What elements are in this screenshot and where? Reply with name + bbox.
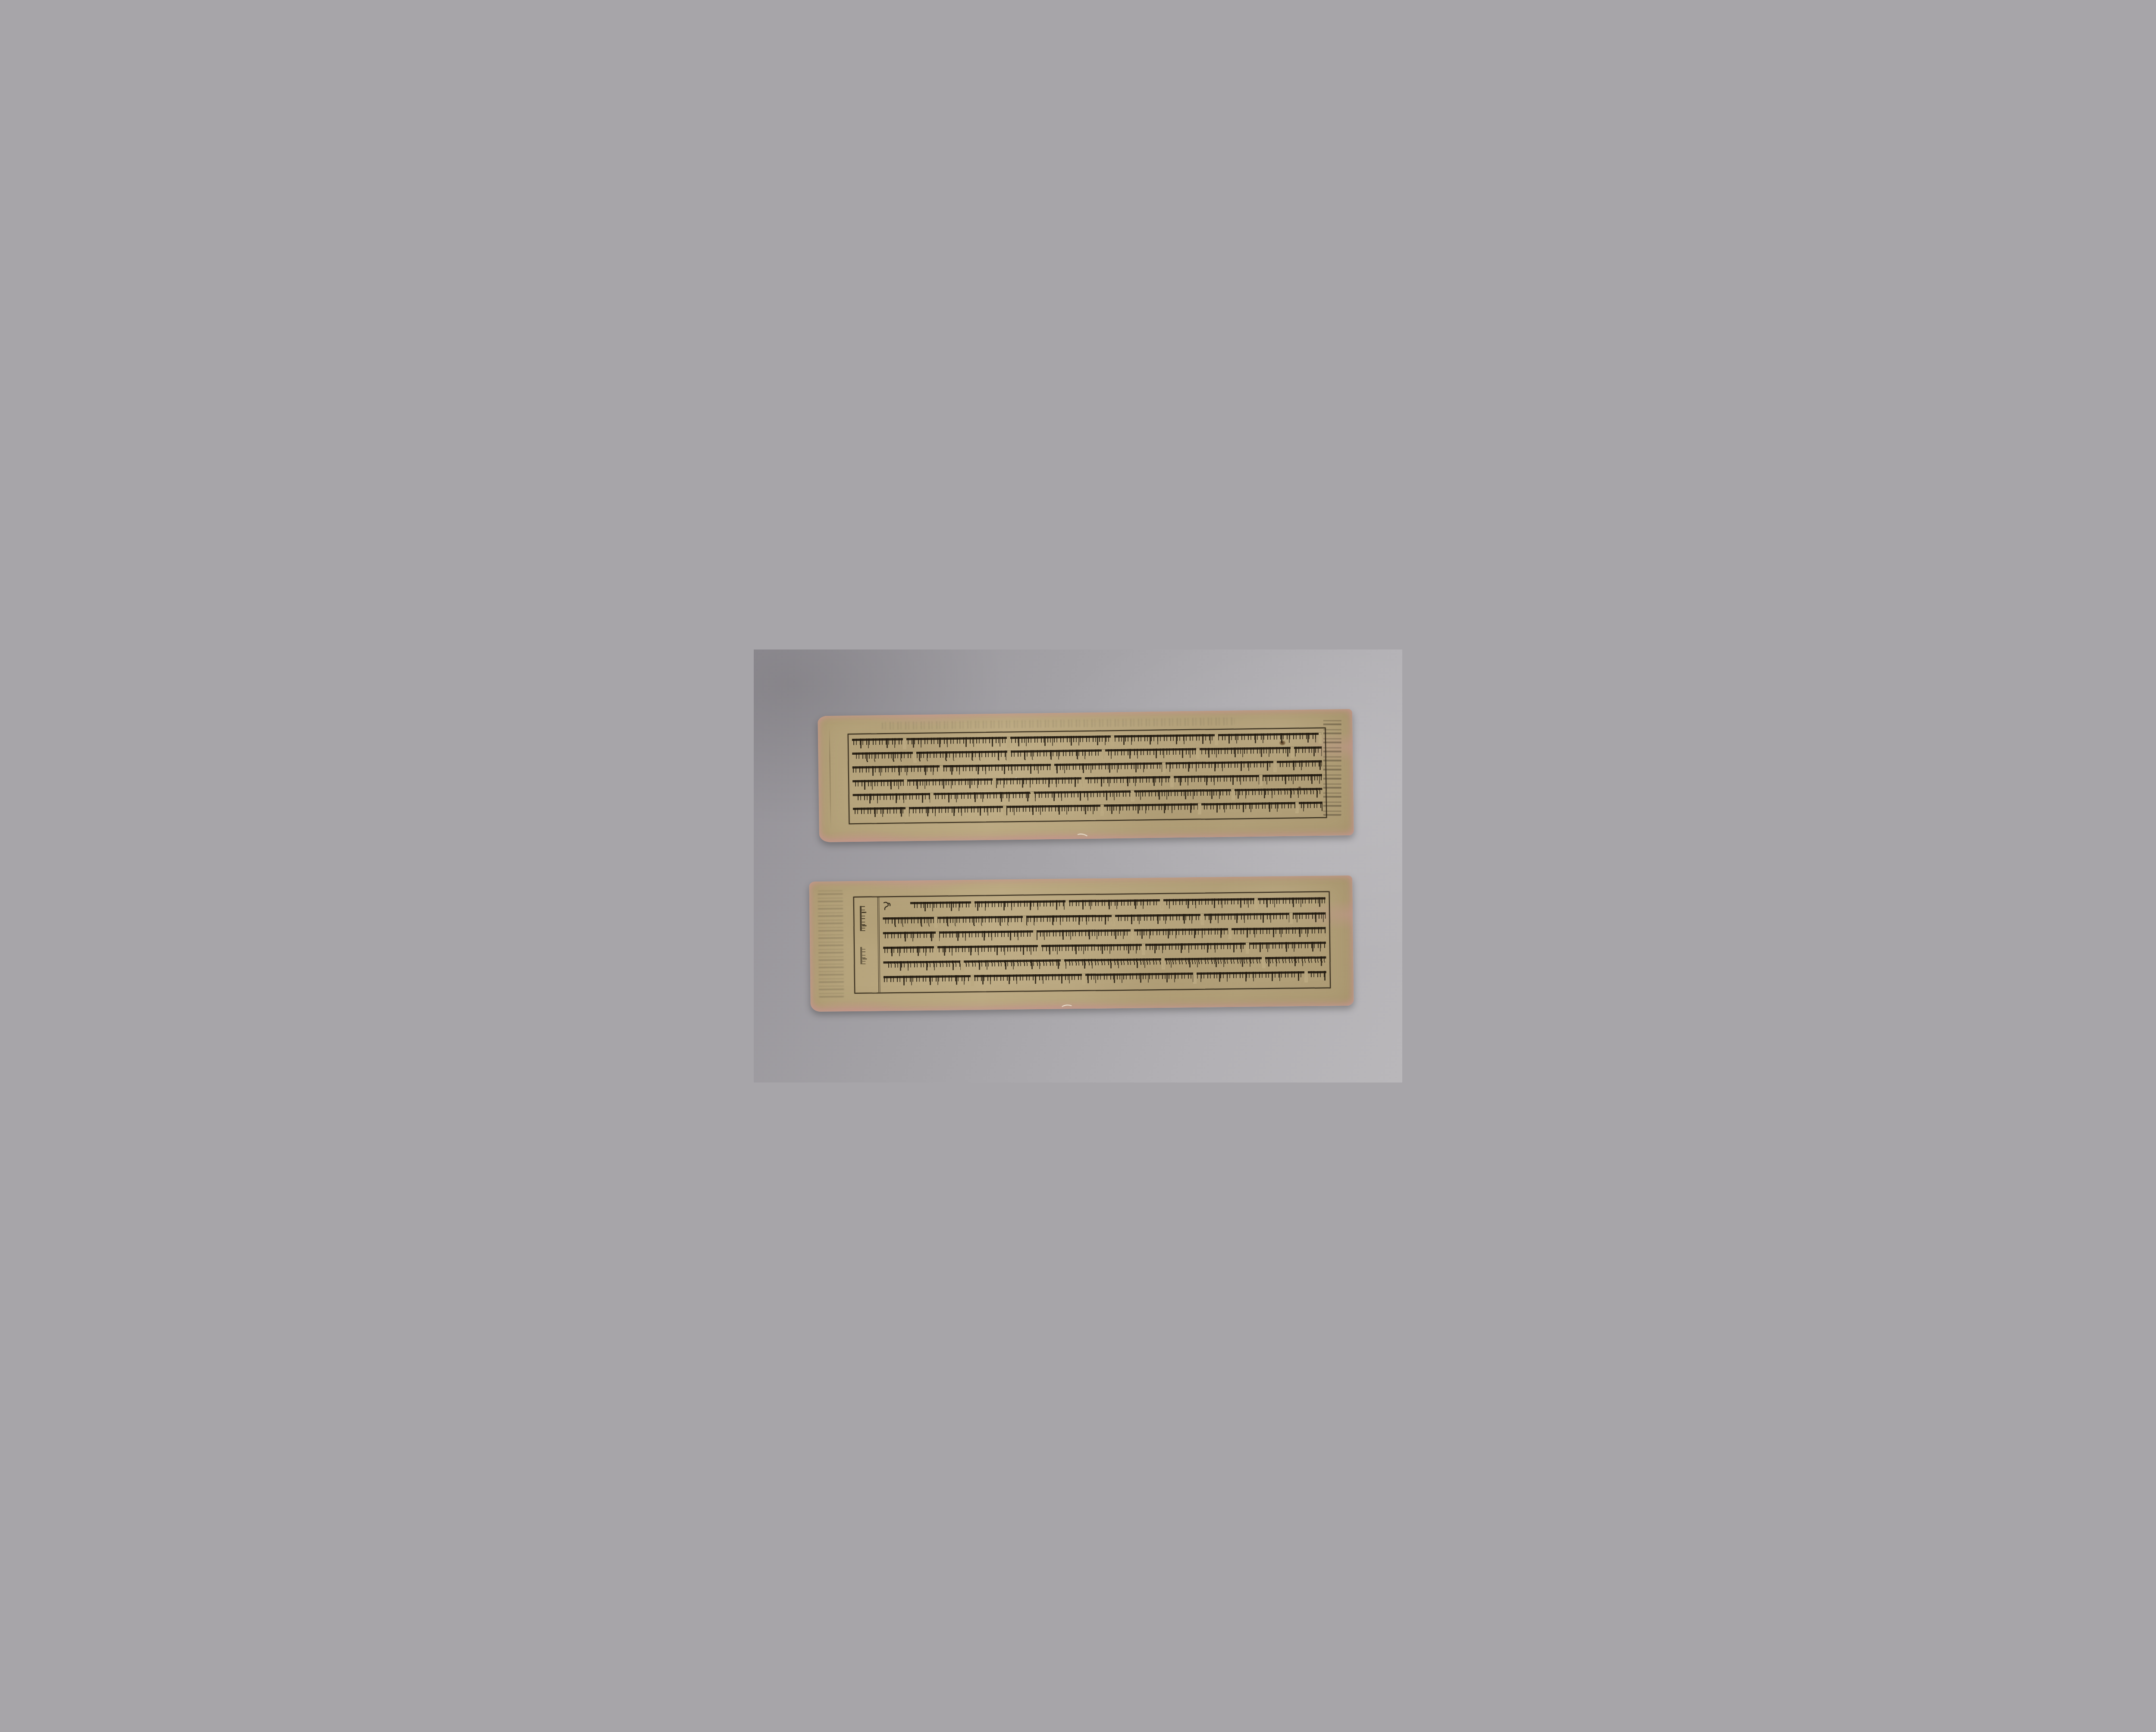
upper-manuscript-leaf: ཚོགས་ཀྱི་འཁོར་ལོ་ཆེ། །ཨོཾ་ཨཱཿཧཱུྃ་ཧྲཱིཿས… [818, 709, 1354, 842]
tibetan-script: བརྒྱ་གི་ཆེན་རྩ་བརྒྱ། རྩ་མགོ་ལུས་བཅུ་དྲུག… [883, 912, 1326, 929]
photo-background: ཚོགས་ཀྱི་འཁོར་ལོ་ཆེ། །ཨོཾ་ཨཱཿཧཱུྃ་ཧྲཱིཿས… [754, 649, 1402, 1082]
text-line: ༅། ། བརྒྱད། རྨ་ཆང་མུ་བཞི་སྒོ་མ་བཞི། སྒྲལ… [883, 897, 1326, 914]
tibetan-script: ལྔ་སོ་ལྔ་ར་ཤེས་པས་པ་ཟར་བ་ཏུད་རུ་ལས་དབང་བ… [883, 957, 1326, 973]
text-block: ༅། ། བརྒྱད། རྨ་ཆང་མུ་བཞི་སྒོ་མ་བཞི། སྒྲལ… [879, 892, 1330, 993]
tibetan-script: བཞེས། །མངོན་སུམ་ལུས་ཧྲི་དཀྱིལ་འཁོར། །རྩ་… [883, 927, 1326, 943]
margin-label-vertical: ཆ་ཕྱི [860, 947, 867, 964]
margin-label-vertical: ཀྱོ་ཇུ [860, 906, 867, 931]
paper-crease [829, 727, 831, 828]
paper-fiber [1075, 833, 1089, 842]
text-frame: ཀྱོ་ཇུ ཆ་ཕྱི ༅། ། བརྒྱད། རྨ་ཆང་མུ་བཞི་སྒ… [853, 891, 1331, 994]
paper-fiber [1060, 1004, 1074, 1012]
tibetan-script: པ་ཡིན་ཟག་མེད་ཀྱི་བདུད་རྩིར་བསྒོམས་ལ་མཆོད… [884, 971, 1326, 988]
text-line: ལྔ་སོ་ལྔ་ར་ཤེས་པས་པ་ཟར་བ་ཏུད་རུ་ལས་དབང་བ… [883, 957, 1326, 973]
text-frame: ཚོགས་ཀྱི་འཁོར་ལོ་ཆེ། །ཨོཾ་ཨཱཿཧཱུྃ་ཧྲཱིཿས… [848, 727, 1327, 824]
yig-mgo-mark: ༅། ། [883, 902, 892, 913]
tibetan-script: བརྒྱད། རྨ་ཆང་མུ་བཞི་སྒོ་མ་བཞི། སྒྲལ་ཚོགས… [910, 897, 1326, 913]
text-line: པ་ཡིན་ཟག་མེད་ཀྱི་བདུད་རྩིར་བསྒོམས་ལ་མཆོད… [884, 971, 1326, 988]
ink-offset-smudge [882, 718, 1235, 730]
text-line: བཞེས། །མངོན་སུམ་ལུས་ཧྲི་དཀྱིལ་འཁོར། །རྩ་… [883, 927, 1326, 943]
text-line: བརྒྱ་གི་ཆེན་རྩ་བརྒྱ། རྩ་མགོ་ལུས་བཅུ་དྲུག… [883, 912, 1326, 929]
yig-mgo-text: ༅། ། [883, 902, 891, 913]
lower-manuscript-leaf: ཀྱོ་ཇུ ཆ་ཕྱི ༅། ། བརྒྱད། རྨ་ཆང་མུ་བཞི་སྒ… [809, 875, 1354, 1012]
ink-offset-column [818, 890, 844, 997]
text-line: པ་བཅུ་རྒྱུད་སེམས་ཀྱི་དཀྱིལ་འཁོར་ཏེ་ལྔའི་… [883, 941, 1326, 958]
tibetan-script: པ་བཅུ་རྒྱུད་སེམས་ཀྱི་དཀྱིལ་འཁོར་ཏེ་ལྔའི་… [883, 941, 1326, 958]
margin-column: ཀྱོ་ཇུ ཆ་ཕྱི [854, 897, 880, 993]
